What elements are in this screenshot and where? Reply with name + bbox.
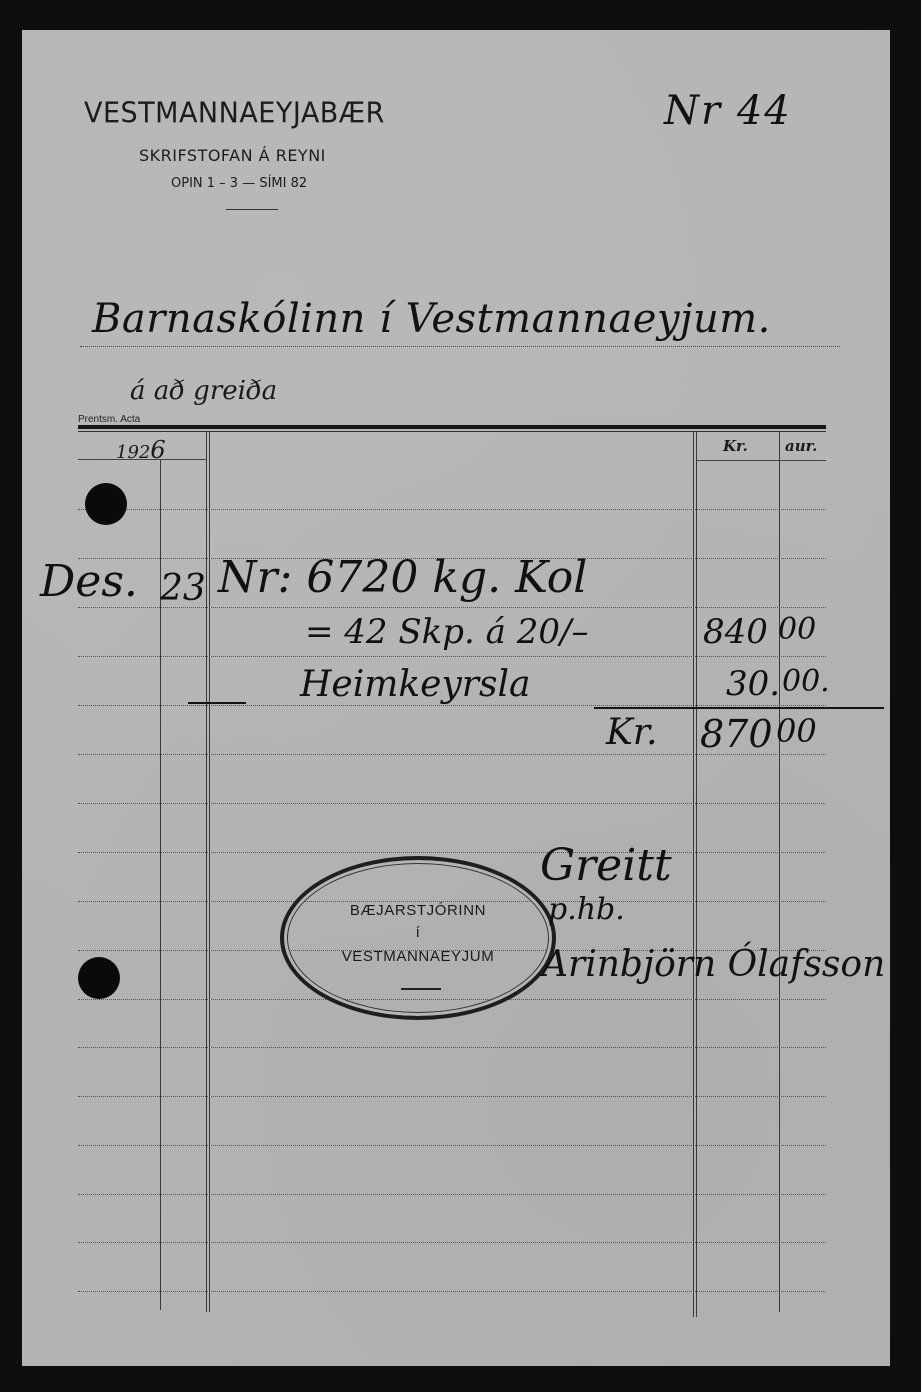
punch-hole-bottom	[78, 957, 120, 999]
stamp-dash	[401, 988, 441, 990]
column-divider-desc-kr-b	[696, 432, 697, 1317]
header-kr: Kr.	[723, 437, 748, 455]
payer-line	[80, 346, 840, 347]
row-3-description: Heimkeyrsla	[300, 664, 530, 705]
official-stamp: BÆJARSTJÓRINN í VESTMANNAEYJUM	[280, 856, 556, 1020]
ruled-line	[78, 1047, 826, 1048]
stamp-line-1: BÆJARSTJÓRINN	[284, 902, 552, 919]
column-divider-kr-aur	[779, 432, 780, 1312]
ruled-line	[78, 1145, 826, 1146]
header-aur: aur.	[785, 437, 817, 455]
header-rule-right	[696, 460, 826, 461]
column-divider-desc-kr-a	[693, 432, 694, 1317]
ruled-line	[78, 1194, 826, 1195]
ruled-line	[78, 1291, 826, 1292]
ruled-line	[78, 852, 826, 853]
table-top-thin-rule	[78, 431, 826, 432]
letterhead-divider	[226, 209, 278, 210]
row-3-kr: 30.	[726, 664, 780, 704]
row-3-aur: 00.	[782, 664, 830, 699]
row-2-aur: 00	[778, 612, 816, 647]
table-top-rule	[78, 425, 826, 429]
row-3-mark	[188, 702, 246, 704]
paid-note: Greitt	[540, 840, 672, 891]
total-label: Kr.	[606, 712, 658, 753]
letterhead-hours-phone: OPIN 1 – 3 — SÍMI 82	[171, 176, 307, 191]
header-rule-left	[78, 459, 206, 460]
payer-name: Barnaskólinn í Vestmannaeyjum.	[92, 296, 771, 342]
ruled-line	[78, 1096, 826, 1097]
per-note: p.hb.	[548, 892, 625, 927]
letterhead-title: VESTMANNAEYJABÆR	[84, 97, 385, 130]
row-1-description: Nr: 6720 kg. Kol	[218, 552, 587, 603]
ruled-line	[78, 1242, 826, 1243]
invoice-number: Nr 44	[664, 88, 792, 134]
printer-mark: Prentsm. Acta	[78, 414, 140, 425]
column-divider-day-desc-b	[209, 432, 210, 1312]
punch-hole-top	[85, 483, 127, 525]
ruled-line	[78, 803, 826, 804]
ruled-line	[78, 705, 826, 706]
column-divider-day-desc-a	[206, 432, 207, 1312]
stamp-line-2: í	[284, 924, 552, 941]
total-kr: 870	[700, 712, 773, 756]
total-aur: 00	[776, 712, 817, 750]
stamp-line-3: VESTMANNAEYJUM	[284, 948, 552, 965]
row-1-month: Des.	[40, 556, 138, 607]
ruled-line	[78, 656, 826, 657]
ruled-line	[78, 509, 826, 510]
sum-underline	[594, 707, 884, 709]
letterhead-subtitle: SKRIFSTOFAN Á REYNI	[139, 146, 326, 165]
row-2-kr: 840	[703, 612, 768, 652]
signature: Arinbjörn Ólafsson	[542, 944, 885, 985]
row-2-description: = 42 Skp. á 20/–	[305, 612, 588, 652]
payer-suffix: á að greiða	[130, 376, 277, 406]
row-1-day: 23	[160, 568, 206, 609]
